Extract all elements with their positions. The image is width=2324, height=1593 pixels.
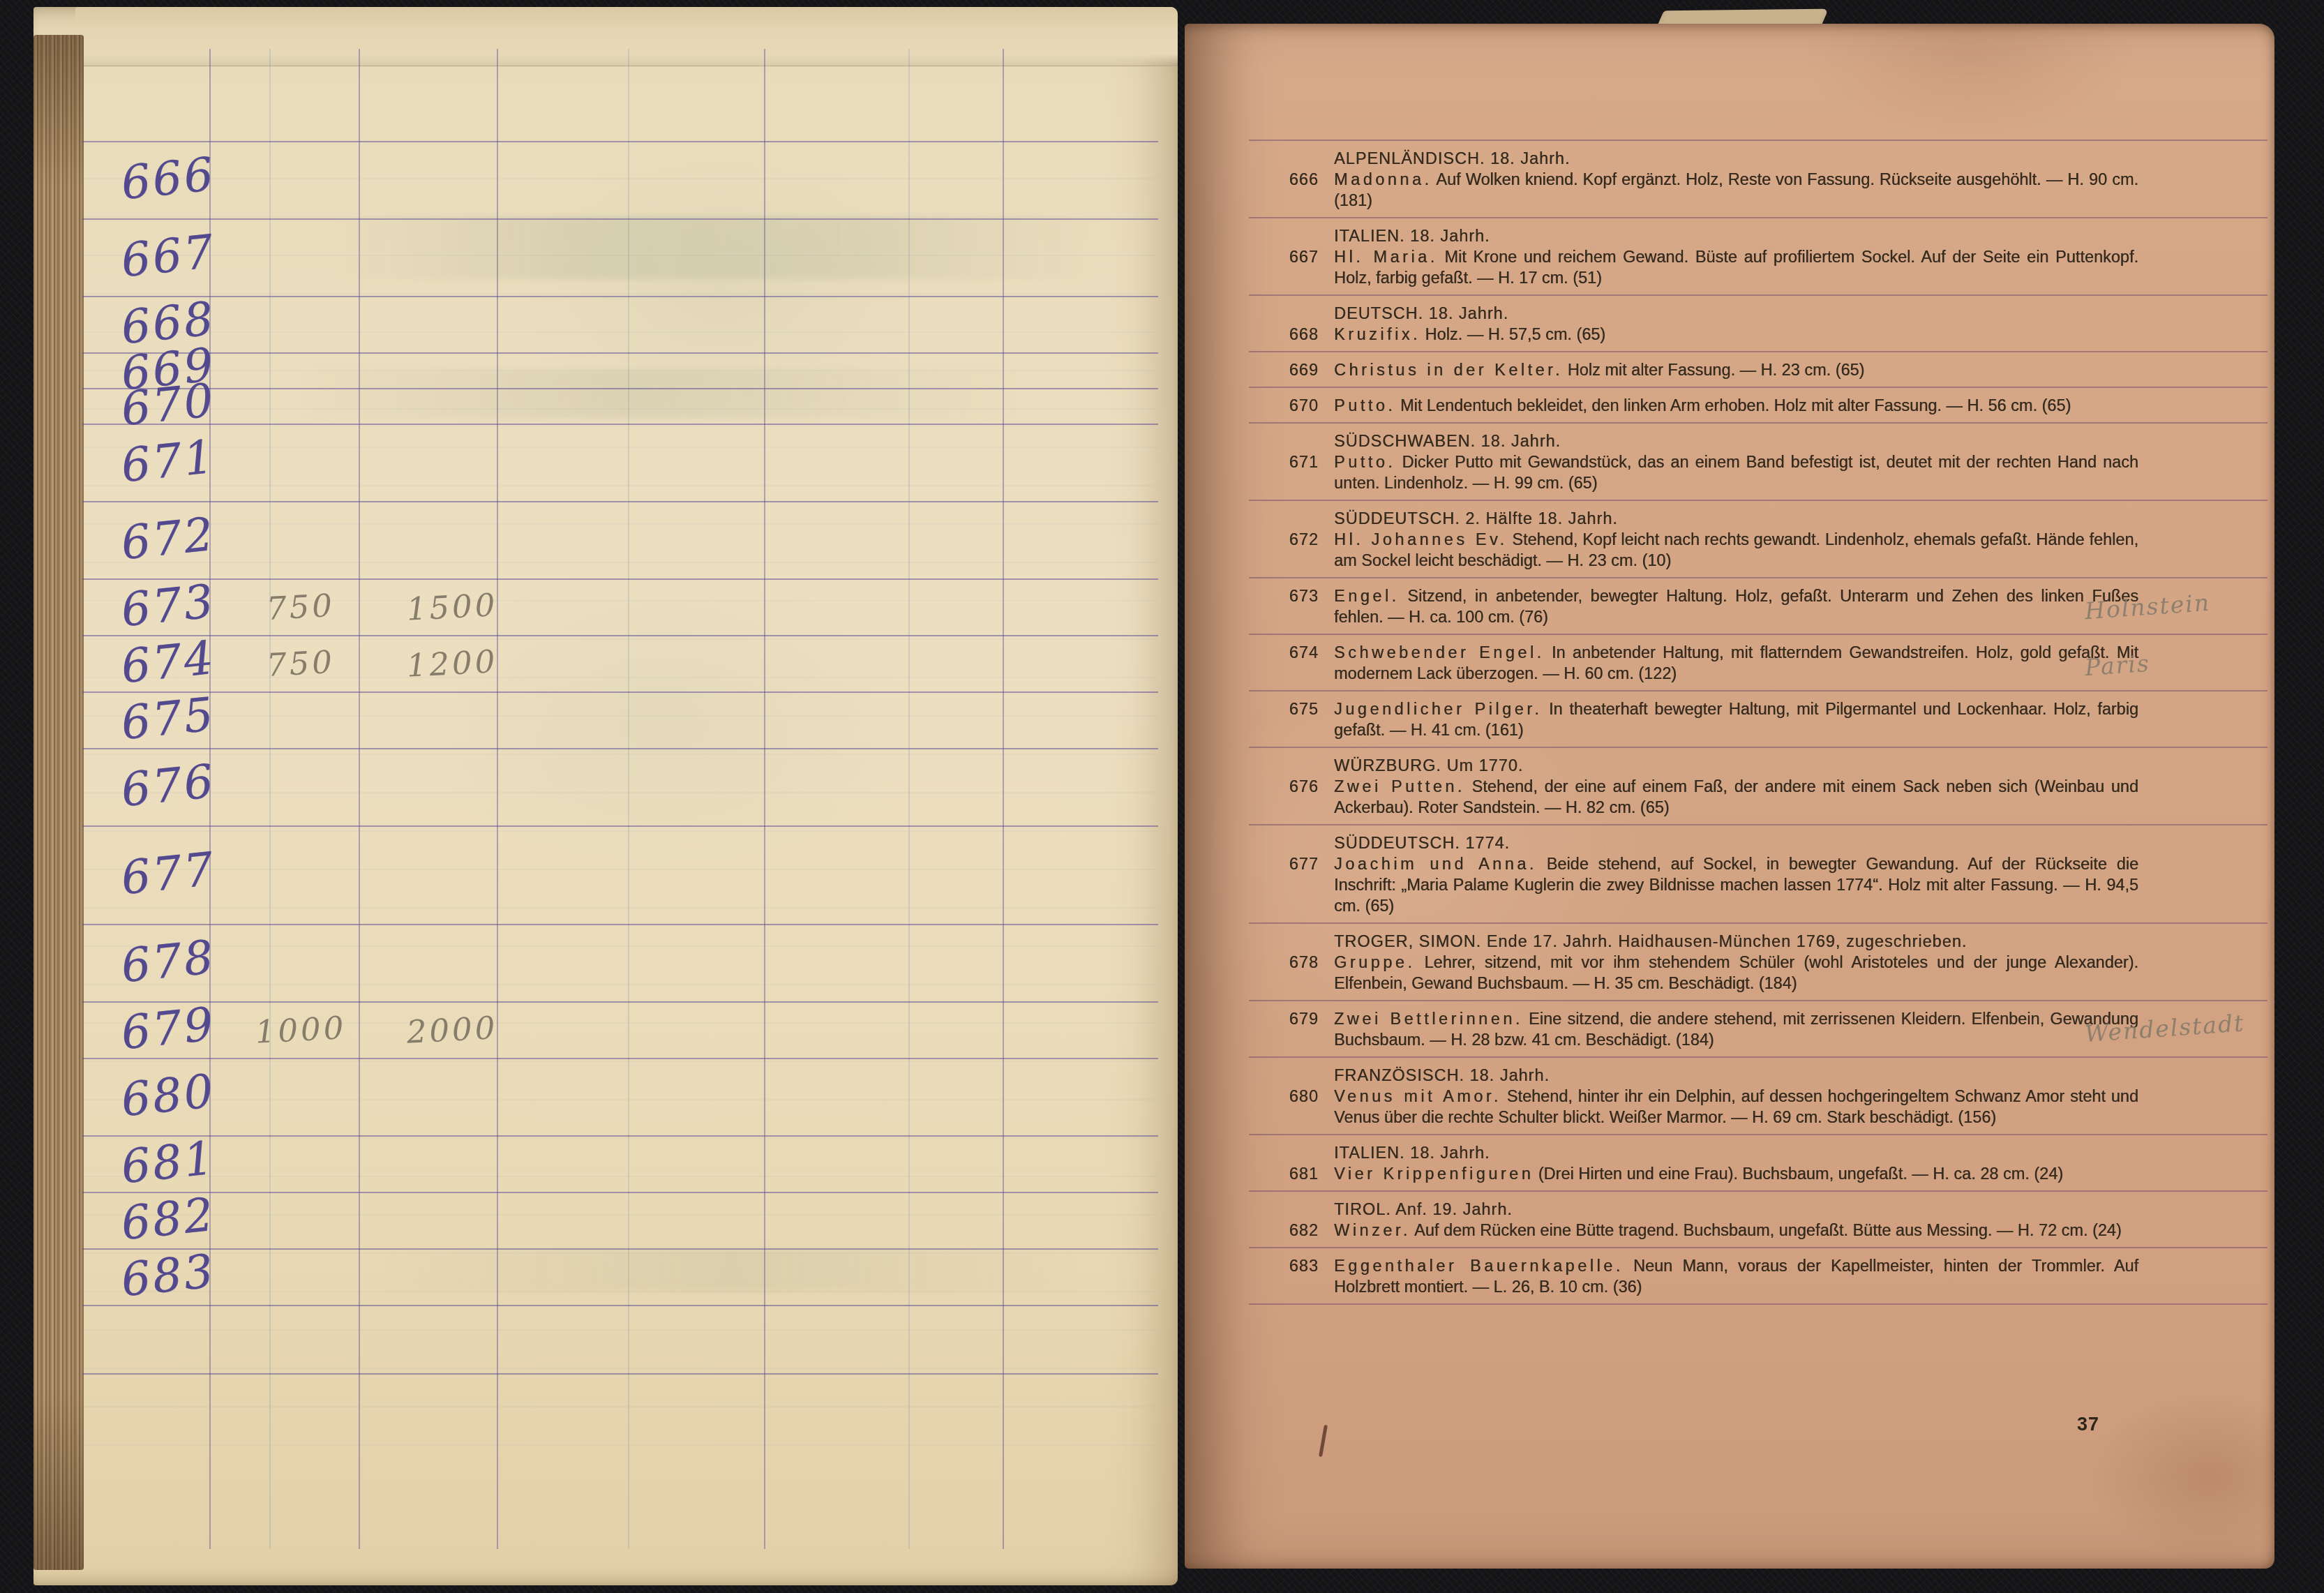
entry-body: 667Hl. Maria. Mit Krone und reichem Gewa… bbox=[1249, 246, 2267, 288]
catalog-entry: WÜRZBURG. Um 1770.676Zwei Putten. Stehen… bbox=[1249, 747, 2267, 824]
entry-lot-number: 683 bbox=[1249, 1255, 1319, 1276]
stacked-page-edges bbox=[75, 7, 1178, 66]
entry-lot-number: 671 bbox=[1249, 451, 1319, 472]
book-photo: 6666676686696706716726737501500674750120… bbox=[0, 0, 2324, 1593]
price-column-2-value: 2000 bbox=[382, 1008, 523, 1052]
entry-body: 680Venus mit Amor. Stehend, hinter ihr e… bbox=[1249, 1086, 2267, 1128]
entry-lot-number: 675 bbox=[1249, 698, 1319, 719]
entry-header: ALPENLÄNDISCH. 18. Jahrh. bbox=[1334, 148, 2267, 169]
catalog-entries: ALPENLÄNDISCH. 18. Jahrh.666Madonna. Auf… bbox=[1249, 140, 2267, 1305]
ledger-left-page: 6666676686696706716726737501500674750120… bbox=[33, 7, 1178, 1585]
ledger-row: 676 bbox=[82, 748, 1158, 825]
lot-number-handwritten: 678 bbox=[106, 928, 230, 994]
entry-title: Putto. bbox=[1334, 396, 1395, 414]
catalog-entry: 670Putto. Mit Lendentuch bekleidet, den … bbox=[1249, 387, 2267, 422]
lot-number-handwritten: 676 bbox=[106, 752, 230, 818]
ledger-row: 683 bbox=[82, 1248, 1158, 1305]
ledger-row: 667 bbox=[82, 218, 1158, 296]
catalog-entry: ITALIEN. 18. Jahrh.667Hl. Maria. Mit Kro… bbox=[1249, 217, 2267, 294]
entry-lot-number: 679 bbox=[1249, 1008, 1319, 1029]
catalog-entry: FRANZÖSISCH. 18. Jahrh.680Venus mit Amor… bbox=[1249, 1056, 2267, 1134]
entry-header: ITALIEN. 18. Jahrh. bbox=[1334, 1142, 2267, 1163]
entry-header: SÜDDEUTSCH. 1774. bbox=[1334, 832, 2267, 853]
ledger-row: 669 bbox=[82, 352, 1158, 388]
lot-number-handwritten: 681 bbox=[106, 1129, 230, 1195]
entry-title: Zwei Putten. bbox=[1334, 777, 1465, 795]
entry-title: Madonna. bbox=[1334, 170, 1432, 188]
catalog-entry: 683Eggenthaler Bauernkapelle. Neun Mann,… bbox=[1249, 1247, 2267, 1303]
entry-body: 670Putto. Mit Lendentuch bekleidet, den … bbox=[1249, 395, 2267, 416]
entry-lot-number: 677 bbox=[1249, 853, 1319, 874]
entry-body: 681Vier Krippenfiguren (Drei Hirten und … bbox=[1249, 1163, 2267, 1184]
entry-body: 682Winzer. Auf dem Rücken eine Bütte tra… bbox=[1249, 1220, 2267, 1241]
ledger-row: 682 bbox=[82, 1192, 1158, 1248]
ledger-grid: 6666676686696706716726737501500674750120… bbox=[82, 141, 1158, 1451]
entry-body: 675Jugendlicher Pilger. In theaterhaft b… bbox=[1249, 698, 2267, 740]
entry-lot-number: 676 bbox=[1249, 776, 1319, 797]
entry-title: Engel. bbox=[1334, 587, 1400, 605]
price-column-1-value: 750 bbox=[241, 642, 361, 685]
ledger-row: 677 bbox=[82, 825, 1158, 924]
catalog-entry: DEUTSCH. 18. Jahrh.668Kruzifix. Holz. — … bbox=[1249, 294, 2267, 351]
entry-text: Holz mit alter Fassung. — H. 23 cm. (65) bbox=[1563, 361, 1864, 379]
catalog-entry: TIROL. Anf. 19. Jahrh.682Winzer. Auf dem… bbox=[1249, 1190, 2267, 1247]
price-column-2-value: 1500 bbox=[382, 585, 523, 629]
entry-body: 676Zwei Putten. Stehend, der eine auf ei… bbox=[1249, 776, 2267, 818]
entry-lot-number: 668 bbox=[1249, 324, 1319, 345]
ledger-row: 670 bbox=[82, 388, 1158, 424]
entry-text: Mit Lendentuch bekleidet, den linken Arm… bbox=[1395, 396, 2071, 414]
ledger-row: 680 bbox=[82, 1058, 1158, 1135]
entry-body: 683Eggenthaler Bauernkapelle. Neun Mann,… bbox=[1249, 1255, 2267, 1297]
catalog-entry: 673Engel. Sitzend, in anbetender, bewegt… bbox=[1249, 577, 2267, 634]
entry-body: 669Christus in der Kelter. Holz mit alte… bbox=[1249, 359, 2267, 380]
entry-text: (Drei Hirten und eine Frau). Buchsbaum, … bbox=[1534, 1165, 2063, 1183]
entry-title: Joachim und Anna. bbox=[1334, 855, 1537, 873]
lot-number-handwritten: 671 bbox=[106, 428, 230, 493]
entry-title: Zwei Bettlerinnen. bbox=[1334, 1010, 1523, 1028]
entry-body: 668Kruzifix. Holz. — H. 57,5 cm. (65) bbox=[1249, 324, 2267, 345]
catalog-right-page: ALPENLÄNDISCH. 18. Jahrh.666Madonna. Auf… bbox=[1185, 24, 2274, 1569]
lot-number-handwritten: 682 bbox=[106, 1186, 230, 1251]
entry-title: Gruppe. bbox=[1334, 953, 1415, 971]
lot-number-handwritten: 667 bbox=[106, 223, 230, 288]
entry-body: 677Joachim und Anna. Beide stehend, auf … bbox=[1249, 853, 2267, 916]
entry-title: Putto. bbox=[1334, 453, 1395, 471]
price-column-1-value: 750 bbox=[241, 585, 361, 629]
entry-title: Winzer. bbox=[1334, 1221, 1411, 1239]
entry-title: Hl. Johannes Ev. bbox=[1334, 530, 1507, 548]
entry-header: FRANZÖSISCH. 18. Jahrh. bbox=[1334, 1065, 2267, 1086]
entry-header: ITALIEN. 18. Jahrh. bbox=[1334, 225, 2267, 246]
entry-header: WÜRZBURG. Um 1770. bbox=[1334, 755, 2267, 776]
ledger-row: 671 bbox=[82, 424, 1158, 501]
ledger-row: 67910002000 bbox=[82, 1001, 1158, 1058]
lot-number-handwritten: 683 bbox=[106, 1242, 230, 1308]
entry-text: Holz. — H. 57,5 cm. (65) bbox=[1420, 325, 1605, 343]
catalog-entry: SÜDDEUTSCH. 2. Hälfte 18. Jahrh.672Hl. J… bbox=[1249, 500, 2267, 577]
ledger-row: 678 bbox=[82, 924, 1158, 1001]
entry-text: Auf dem Rücken eine Bütte tragend. Buchs… bbox=[1411, 1221, 2122, 1239]
entry-lot-number: 681 bbox=[1249, 1163, 1319, 1184]
entry-lot-number: 678 bbox=[1249, 952, 1319, 973]
price-column-1-value: 1000 bbox=[241, 1008, 361, 1052]
catalog-entry: ITALIEN. 18. Jahrh.681Vier Krippenfigure… bbox=[1249, 1134, 2267, 1190]
lot-number-handwritten: 679 bbox=[106, 995, 230, 1061]
entry-lot-number: 667 bbox=[1249, 246, 1319, 267]
catalog-entry: ALPENLÄNDISCH. 18. Jahrh.666Madonna. Auf… bbox=[1249, 140, 2267, 217]
entry-body: 678Gruppe. Lehrer, sitzend, mit vor ihm … bbox=[1249, 952, 2267, 994]
entry-lot-number: 669 bbox=[1249, 359, 1319, 380]
lot-number-handwritten: 674 bbox=[106, 629, 230, 694]
entry-text: Sitzend, in anbetender, bewegter Haltung… bbox=[1334, 587, 2138, 626]
entry-lot-number: 666 bbox=[1249, 169, 1319, 190]
entry-lot-number: 673 bbox=[1249, 585, 1319, 606]
ledger-row-empty bbox=[82, 1373, 1158, 1451]
ledger-row: 668 bbox=[82, 296, 1158, 352]
entry-title: Schwebender Engel. bbox=[1334, 643, 1545, 661]
book-fore-edge bbox=[33, 35, 84, 1570]
entry-title: Vier Krippenfiguren bbox=[1334, 1165, 1534, 1183]
catalog-entry: 679Zwei Bettlerinnen. Eine sitzend, die … bbox=[1249, 1000, 2267, 1056]
lot-number-handwritten: 666 bbox=[106, 145, 230, 211]
ledger-row: 681 bbox=[82, 1135, 1158, 1192]
entry-lot-number: 672 bbox=[1249, 529, 1319, 550]
lot-number-handwritten: 672 bbox=[106, 505, 230, 571]
entry-title: Christus in der Kelter. bbox=[1334, 361, 1563, 379]
catalog-entry: 669Christus in der Kelter. Holz mit alte… bbox=[1249, 351, 2267, 387]
catalog-entry: TROGER, SIMON. Ende 17. Jahrh. Haidhause… bbox=[1249, 922, 2267, 1000]
entry-title: Kruzifix. bbox=[1334, 325, 1420, 343]
catalog-entry: SÜDSCHWABEN. 18. Jahrh.671Putto. Dicker … bbox=[1249, 422, 2267, 500]
entry-text: Lehrer, sitzend, mit vor ihm stehendem S… bbox=[1334, 953, 2138, 992]
ledger-row-empty bbox=[82, 1305, 1158, 1373]
entry-title: Jugendlicher Pilger. bbox=[1334, 700, 1542, 718]
entry-lot-number: 680 bbox=[1249, 1086, 1319, 1107]
entry-body: 671Putto. Dicker Putto mit Gewandstück, … bbox=[1249, 451, 2267, 493]
lot-number-handwritten: 673 bbox=[106, 572, 230, 638]
lot-number-handwritten: 675 bbox=[106, 685, 230, 751]
entry-header: DEUTSCH. 18. Jahrh. bbox=[1334, 303, 2267, 324]
entry-header: TROGER, SIMON. Ende 17. Jahrh. Haidhause… bbox=[1334, 931, 2267, 952]
ledger-row: 666 bbox=[82, 141, 1158, 218]
pen-mark bbox=[1319, 1425, 1328, 1457]
entry-title: Hl. Maria. bbox=[1334, 248, 1438, 266]
entry-text: Dicker Putto mit Gewandstück, das an ein… bbox=[1334, 453, 2138, 492]
entry-title: Eggenthaler Bauernkapelle. bbox=[1334, 1257, 1624, 1275]
entry-header: SÜDSCHWABEN. 18. Jahrh. bbox=[1334, 431, 2267, 451]
entry-lot-number: 674 bbox=[1249, 642, 1319, 663]
page-number: 37 bbox=[2050, 1414, 2127, 1435]
entry-body: 672Hl. Johannes Ev. Stehend, Kopf leicht… bbox=[1249, 529, 2267, 571]
catalog-entry: SÜDDEUTSCH. 1774.677Joachim und Anna. Be… bbox=[1249, 824, 2267, 922]
ledger-row: 6737501500 bbox=[82, 578, 1158, 635]
entry-header: TIROL. Anf. 19. Jahrh. bbox=[1334, 1199, 2267, 1220]
entry-header: SÜDDEUTSCH. 2. Hälfte 18. Jahrh. bbox=[1334, 508, 2267, 529]
catalog-entry: 674Schwebender Engel. In anbetender Halt… bbox=[1249, 634, 2267, 690]
price-column-2-value: 1200 bbox=[382, 641, 523, 685]
lot-number-handwritten: 680 bbox=[106, 1062, 230, 1128]
entry-lot-number: 682 bbox=[1249, 1220, 1319, 1241]
entry-lot-number: 670 bbox=[1249, 395, 1319, 416]
lot-number-handwritten: 677 bbox=[106, 840, 230, 906]
entry-body: 666Madonna. Auf Wolken kniend. Kopf ergä… bbox=[1249, 169, 2267, 211]
ledger-row: 672 bbox=[82, 501, 1158, 578]
ledger-row: 6747501200 bbox=[82, 635, 1158, 691]
entry-text: Mit Krone und reichem Gewand. Büste auf … bbox=[1334, 248, 2138, 287]
ledger-row: 675 bbox=[82, 691, 1158, 748]
entry-text: Auf Wolken kniend. Kopf ergänzt. Holz, R… bbox=[1334, 170, 2138, 209]
entry-title: Venus mit Amor. bbox=[1334, 1087, 1501, 1105]
catalog-entry: 675Jugendlicher Pilger. In theaterhaft b… bbox=[1249, 690, 2267, 747]
